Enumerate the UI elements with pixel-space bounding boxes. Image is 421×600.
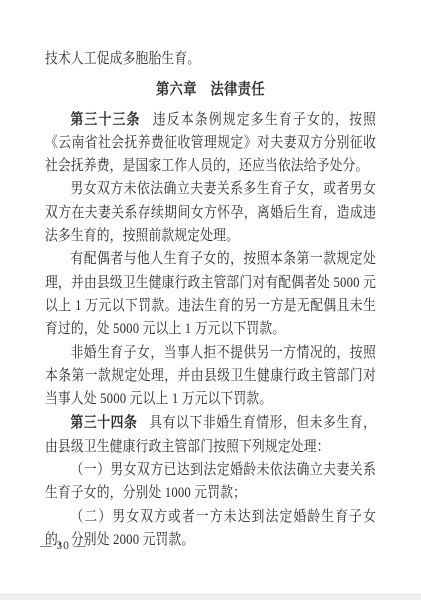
paragraph: 非婚生育子女，当事人拒不提供另一方情况的，按照本条第一款规定处理，并由县级卫生健… xyxy=(45,342,376,412)
chapter-heading: 第六章 法律责任 xyxy=(45,78,376,101)
paragraph: 有配偶者与他人生育子女的，按照本条第一款规定处理，并由县级卫生健康行政主管部门对… xyxy=(45,248,376,341)
continuation-line: 技术人工促成多胞胎生育。 xyxy=(45,48,376,71)
paragraph-article-34: 第三十四条具有以下非婚生育情形，但未多生育，由县级卫生健康行政主管部门按照下列规… xyxy=(45,411,376,459)
document-body: 技术人工促成多胞胎生育。 第六章 法律责任 第三十三条违反本条例规定多生育子女的… xyxy=(45,48,376,552)
article-34-number: 第三十四条 xyxy=(71,414,138,431)
article-33-number: 第三十三条 xyxy=(71,111,141,128)
list-item-two: （二）男女双方或者一方未达到法定婚龄生育子女的，分别处 2000 元罚款。 xyxy=(45,506,376,553)
scan-edge xyxy=(0,594,421,600)
paragraph-article-33: 第三十三条违反本条例规定多生育子女的，按照《云南省社会抚养费征收管理规定》对夫妻… xyxy=(45,108,376,179)
paragraph: 男女双方未依法确立夫妻关系多生育子女，或者男女双方在夫妻关系存续期间女方怀孕，离… xyxy=(45,178,376,248)
document-page: { "document": { "continuation_line": "技术… xyxy=(0,0,421,600)
page-number: — 30 — xyxy=(40,540,86,552)
list-item-one: （一）男女双方已达到法定婚龄未依法确立夫妻关系生育子女的，分别处 1000 元罚… xyxy=(45,459,376,506)
